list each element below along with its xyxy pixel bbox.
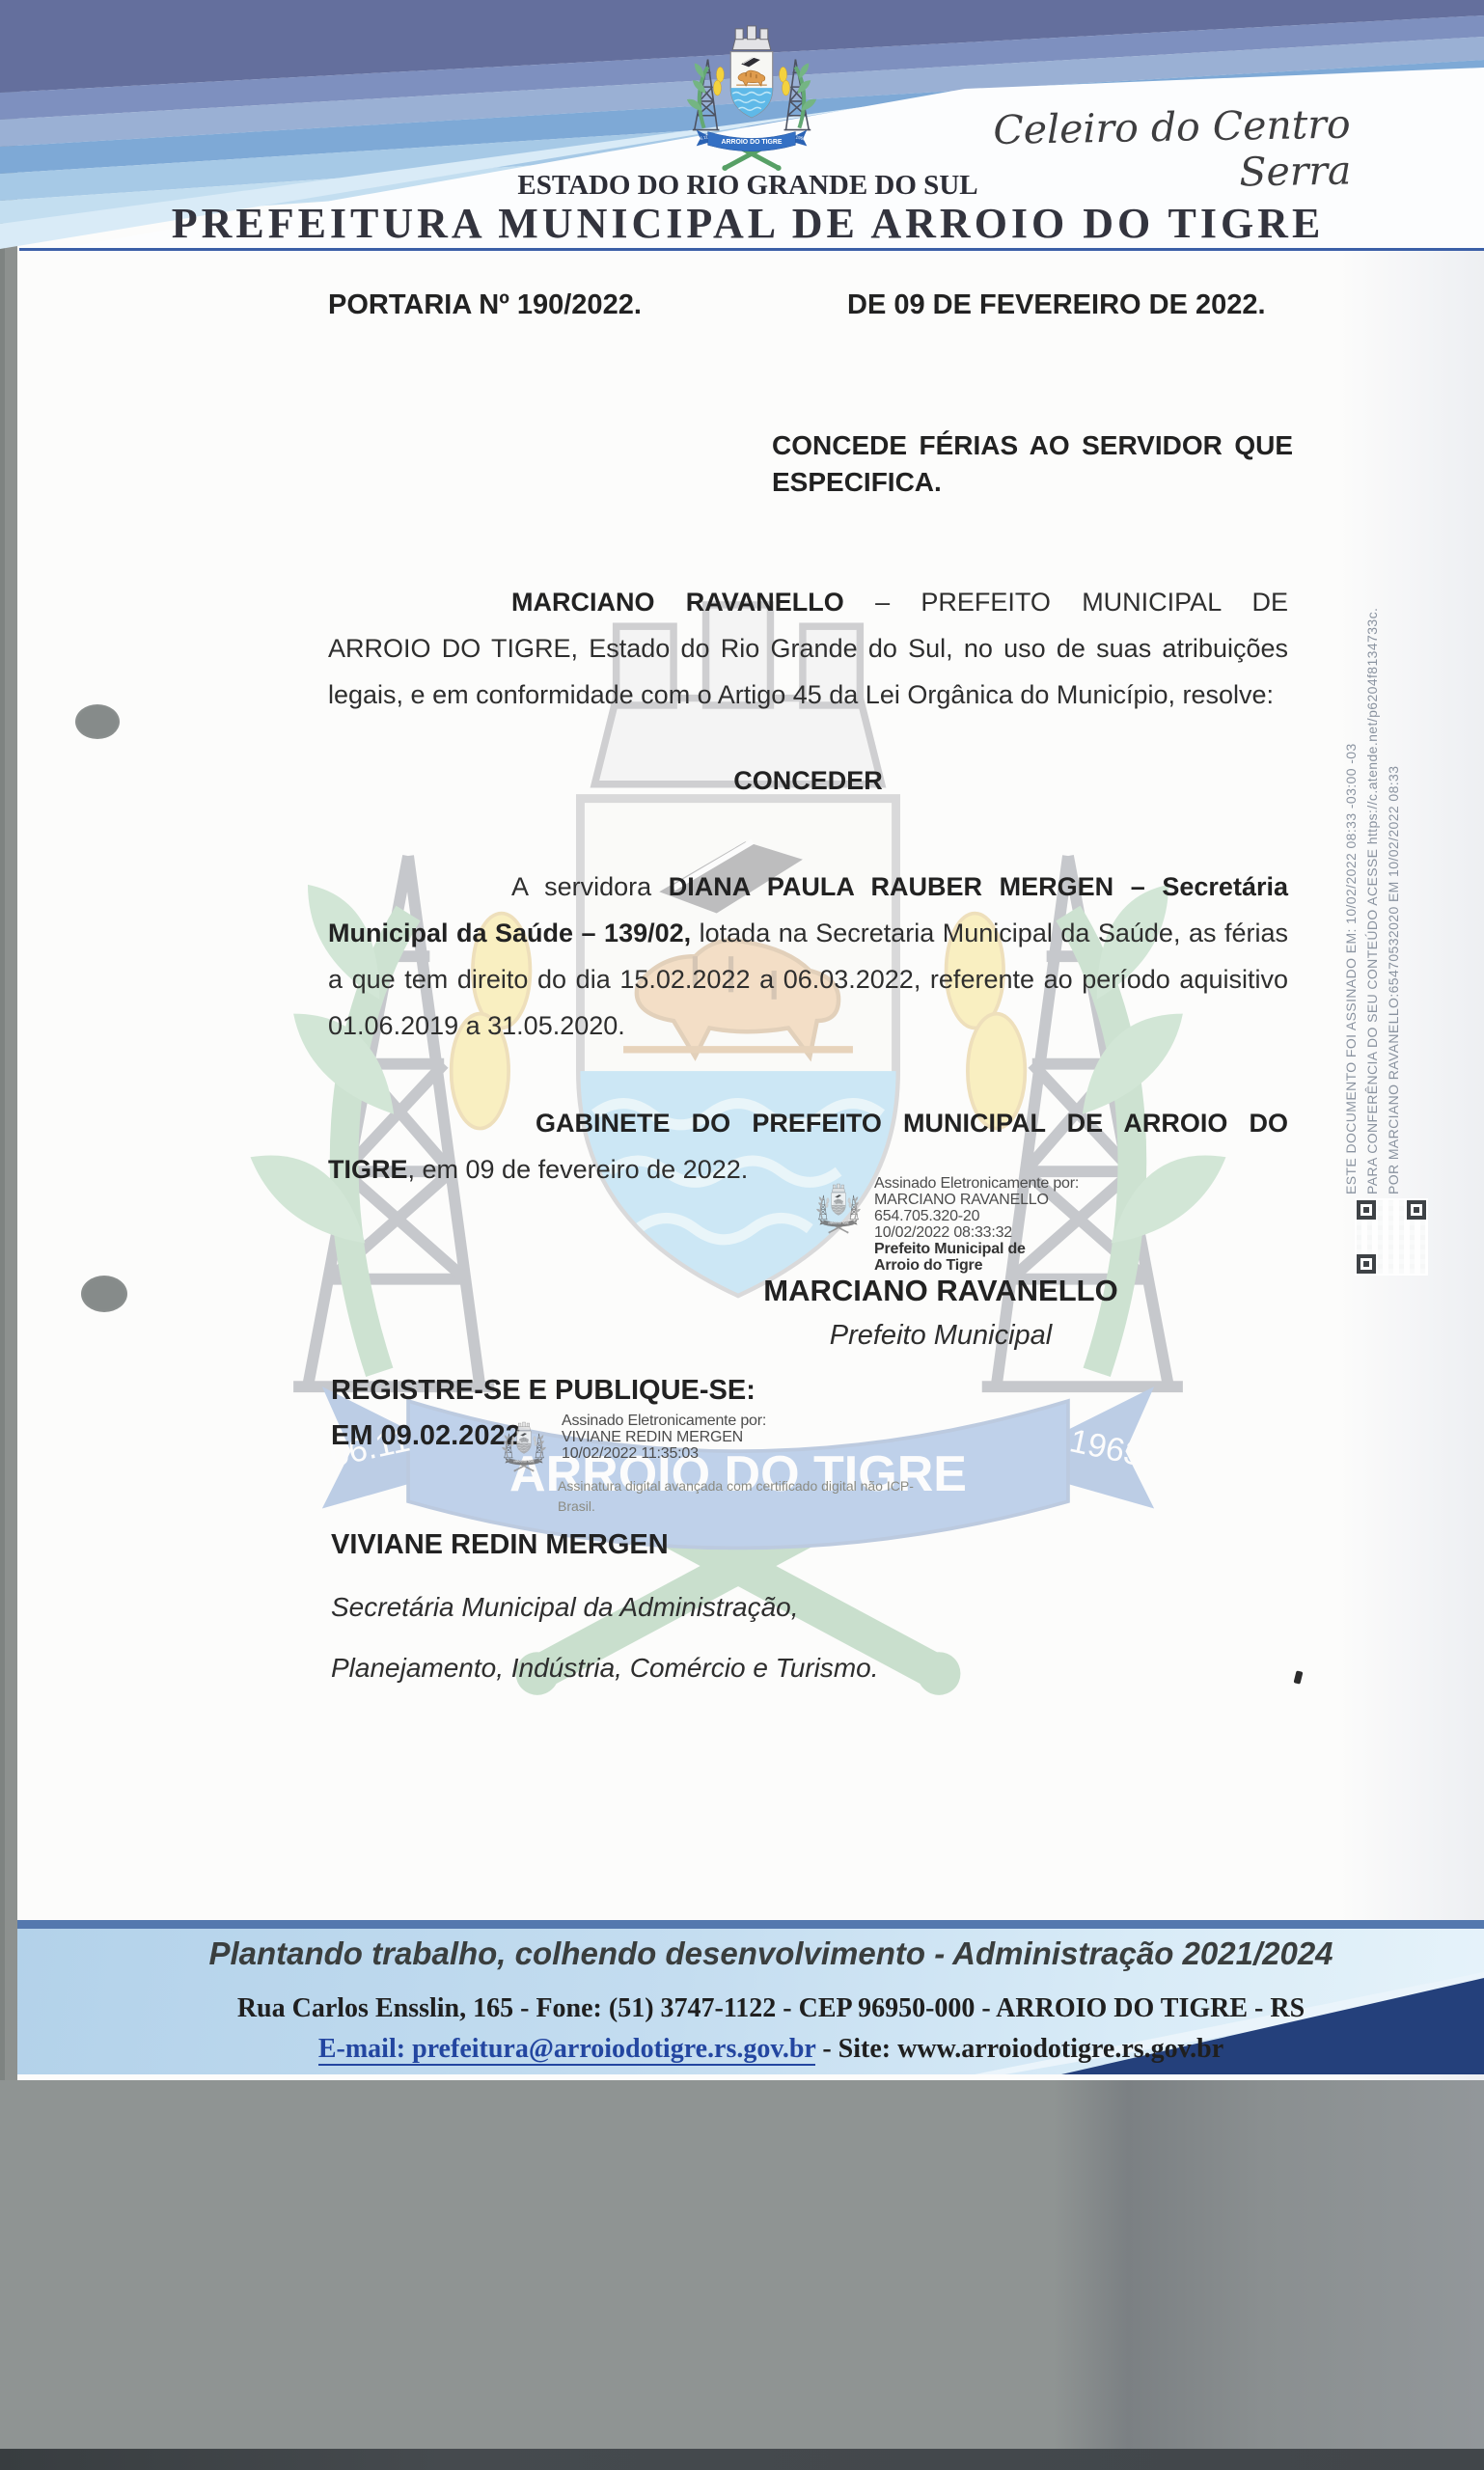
- organization-title: PREFEITURA MUNICIPAL DE ARROIO DO TIGRE: [77, 199, 1418, 248]
- resolve-word: CONCEDER: [328, 757, 1288, 804]
- register-publish-line: REGISTRE-SE E PUBLIQUE-SE:: [331, 1375, 756, 1407]
- footer-slogan: Plantando trabalho, colhendo desenvolvim…: [58, 1935, 1484, 1972]
- validation-text-line-1: ESTE DOCUMENTO FOI ASSINADO EM: 10/02/20…: [1343, 743, 1359, 1194]
- register-date: EM 09.02.2022: [331, 1420, 521, 1452]
- validation-text-line-3: POR MARCIANO RAVANELLO:65470532020 EM 10…: [1386, 766, 1401, 1194]
- mayor-name-inline: MARCIANO RAVANELLO: [511, 588, 844, 617]
- mayor-signature-name: MARCIANO RAVANELLO: [651, 1274, 1230, 1308]
- secretary-signature-name: VIVIANE REDIN MERGEN: [331, 1529, 669, 1561]
- header-rule-line: [19, 248, 1484, 251]
- mayor-cpf: 654.705.320-20: [874, 1208, 1241, 1224]
- subject-line-2: ESPECIFICA.: [772, 464, 1293, 501]
- qr-code: [1357, 1200, 1426, 1274]
- site-text: - Site: www.arroiodotigre.rs.gov.br: [815, 2034, 1223, 2064]
- footer-top-bar: [17, 1920, 1484, 1929]
- footer-address: Rua Carlos Ensslin, 165 - Fone: (51) 374…: [58, 1993, 1484, 2024]
- hole-punch-top: [75, 704, 120, 739]
- preamble-continued: ARROIO DO TIGRE, Estado do Rio Grande do…: [328, 625, 1288, 718]
- coat-of-arms: [675, 17, 828, 176]
- preamble-line-1: MARCIANO RAVANELLO – PREFEITO MUNICIPAL …: [328, 579, 1288, 625]
- email-link[interactable]: E-mail: prefeitura@arroiodotigre.rs.gov.…: [318, 2034, 815, 2066]
- secretary-role-line-1: Secretária Municipal da Administração,: [331, 1592, 799, 1623]
- footer-contact-line: E-mail: prefeitura@arroiodotigre.rs.gov.…: [58, 2034, 1484, 2065]
- digital-signature-note: Assinatura digital avançada com certific…: [558, 1476, 963, 1517]
- secretary-stamp-crest-icon: [498, 1416, 550, 1476]
- scanned-document: Celeiro do Centro Serra ESTADO DO RIO GR…: [0, 0, 1484, 2470]
- validation-text-line-2: PARA CONFERÊNCIA DO SEU CONTEÚDO ACESSE …: [1364, 608, 1380, 1194]
- subject-line-1: CONCEDE FÉRIAS AO SERVIDOR QUE: [772, 427, 1293, 464]
- portaria-date: DE 09 DE FEVEREIRO DE 2022.: [847, 289, 1266, 321]
- state-line: ESTADO DO RIO GRANDE DO SUL: [289, 170, 1206, 202]
- mayor-signature-role: Prefeito Municipal: [651, 1320, 1230, 1352]
- scanner-bottom-strip: [0, 2449, 1484, 2470]
- mayor-stamp-crest-icon: [812, 1179, 865, 1237]
- secretary-role-line-2: Planejamento, Indústria, Comércio e Turi…: [331, 1653, 879, 1684]
- scanner-edge-strip: [0, 0, 17, 2080]
- secretary-signature-stamp: Assinado Eletronicamente por: VIVIANE RE…: [562, 1413, 928, 1462]
- secretary-sign-datetime: 10/02/2022 11:35:03: [562, 1445, 928, 1462]
- mayor-signature-stamp: Assinado Eletronicamente por: MARCIANO R…: [874, 1175, 1241, 1274]
- mayor-sign-datetime: 10/02/2022 08:33:32: [874, 1224, 1241, 1241]
- grant-paragraph: A servidora DIANA PAULA RAUBER MERGEN – …: [328, 864, 1288, 1049]
- hole-punch-bottom: [81, 1276, 127, 1312]
- gabinete-line-1: GABINETE DO PREFEITO MUNICIPAL DE ARROIO…: [328, 1100, 1288, 1146]
- portaria-number: PORTARIA Nº 190/2022.: [328, 289, 642, 321]
